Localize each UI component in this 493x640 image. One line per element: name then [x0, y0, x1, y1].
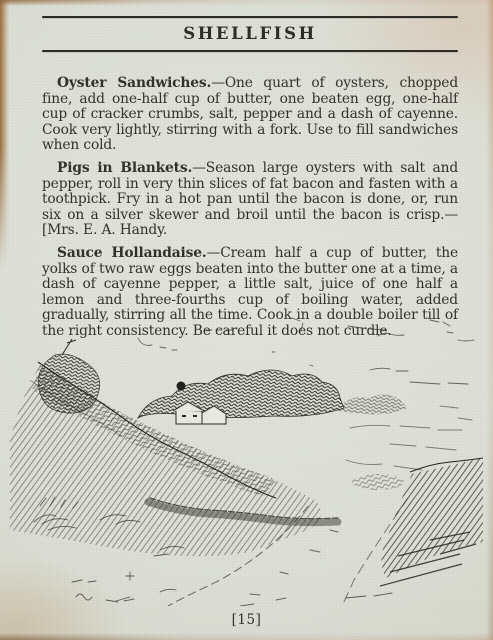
sketch-distant-fields: [346, 406, 472, 470]
recipe-oyster-sandwiches: Oyster Sandwiches.—One quart of oysters,…: [42, 76, 458, 154]
recipe-text-block: Oyster Sandwiches.—One quart of oysters,…: [42, 76, 458, 347]
photo-edge-bottom: [0, 633, 493, 640]
photo-edge-left: [0, 0, 9, 268]
page-footer: [15]: [0, 609, 493, 628]
landscape-illustration: [10, 310, 483, 606]
landscape-sketch-svg: [10, 310, 483, 606]
sketch-right-bank: [352, 458, 483, 586]
photo-edge-right: [486, 0, 493, 640]
recipe-name: Oyster Sandwiches.: [57, 75, 211, 91]
header-rule-bottom: [42, 50, 458, 52]
recipe-pigs-in-blankets: Pigs in Blankets.—Season large oysters w…: [42, 161, 458, 239]
book-page: SHELLFISH Oyster Sandwiches.—One quart o…: [0, 0, 493, 640]
header-rule-top: [42, 16, 458, 18]
page-number: [15]: [232, 612, 262, 628]
sketch-sun: [177, 382, 186, 391]
recipe-name: Sauce Hollandaise.: [57, 245, 207, 261]
page-header: SHELLFISH: [42, 0, 458, 52]
sketch-tree: [38, 339, 99, 413]
section-title: SHELLFISH: [42, 24, 458, 43]
recipe-name: Pigs in Blankets.: [57, 160, 192, 176]
